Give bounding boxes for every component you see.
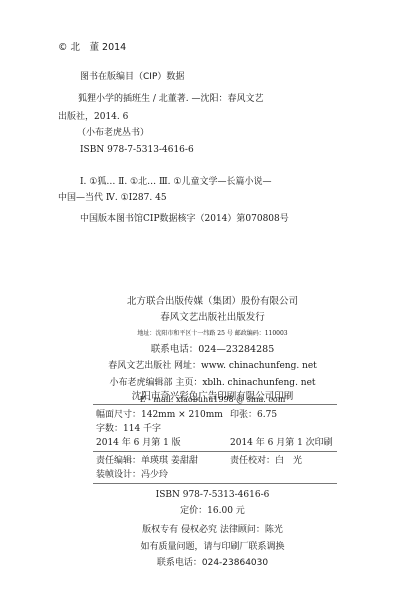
divider-middle [93,451,337,452]
divider-top [93,404,337,405]
credit-designer: 装帧设计：冯少玲 [96,471,168,480]
notice-phone: 联系电话：024-23864030 [0,559,400,568]
credit-editors: 责任编辑：单瑛琪 姜甜甜 [96,457,198,466]
publisher-phone: 联系电话：024—23284285 [0,345,400,355]
cip-line-2: 出版社，2014. 6 [58,113,128,122]
divider-bottom [93,483,337,484]
quality-notice: 如有质量问题，请与印刷厂联系调换 [0,543,400,552]
spec-edition: 2014 年 6 月第 1 版 [96,439,181,448]
cip-title: 图书在版编目（CIP）数据 [80,73,184,82]
price: 定价：16.00 元 [0,507,400,516]
spec-words: 字数：114 千字 [96,425,161,434]
isbn: ISBN 978-7-5313-4616-6 [0,491,400,500]
publisher-website: 春风文艺出版社 网址：www. chinachunfeng. net [0,362,400,371]
cip-classification-2: 中国—当代 Ⅳ. ①I287. 45 [58,194,167,203]
printer: 沈阳市奇兴彩色广告印刷有限公司印刷 [0,392,400,402]
cip-isbn: ISBN 978-7-5313-4616-6 [80,146,194,155]
rights-notice: 版权专有 侵权必究 法律顾问：陈光 [0,526,400,535]
publisher-homepage: 小布老虎编辑部 主页：xblh. chinachunfeng. net [0,379,400,388]
cip-classification-1: Ⅰ. ①狐… Ⅱ. ①北… Ⅲ. ①儿童文学—长篇小说— [80,178,271,187]
credit-proofreader: 责任校对：白 光 [230,457,302,466]
spec-sheets: 印张：6.75 [230,411,277,420]
cip-line-1: 狐狸小学的插班生 / 北董著. —沈阳：春风文艺 [78,95,263,104]
cip-check-number: 中国版本图书馆CIP数据核字（2014）第070808号 [80,215,289,224]
publisher-group: 北方联合出版传媒（集团）股份有限公司 [0,297,400,307]
copyright-line: © 北 董 2014 [58,43,126,53]
spec-format: 幅面尺寸：142mm × 210mm [96,411,223,420]
publisher-address: 地址：沈阳市和平区十一纬路 25 号 邮政编码：110003 [0,331,400,337]
publisher-issuer: 春风文艺出版社出版发行 [0,313,400,323]
cip-series: （小布老虎丛书） [77,129,149,138]
spec-printing: 2014 年 6 月第 1 次印刷 [230,439,333,448]
